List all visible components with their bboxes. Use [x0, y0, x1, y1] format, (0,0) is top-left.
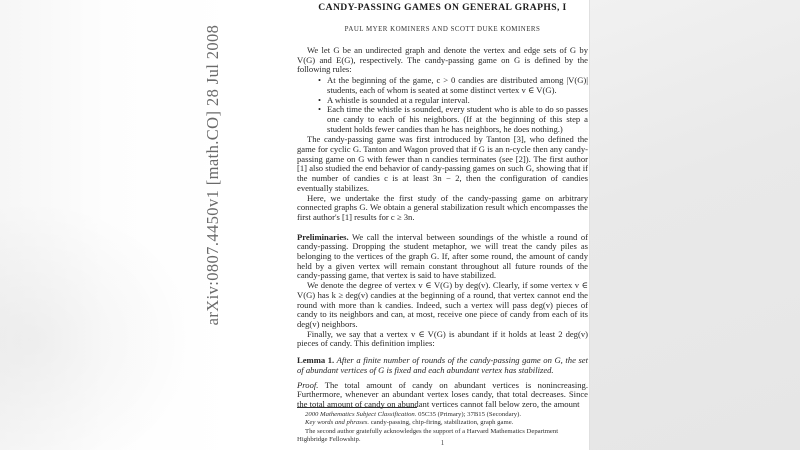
footnote-msc: 2000 Mathematics Subject Classification.… [297, 411, 588, 419]
preliminaries-label: Preliminaries. [297, 232, 349, 242]
footnote-msc-label: 2000 Mathematics Subject Classification. [305, 411, 416, 418]
footnote-keywords-text: candy-passing, chip-firing, stabilizatio… [371, 419, 514, 426]
paper-content-column: CANDY-PASSING GAMES ON GENERAL GRAPHS, I… [297, 0, 588, 450]
proof-label: Proof. [297, 380, 318, 390]
preliminaries-paragraph: Preliminaries. We call the interval betw… [297, 233, 588, 282]
arxiv-stamp-text: arXiv:0807.4450v1 [math.CO] 28 Jul 2008 [203, 25, 223, 326]
degree-paragraph: We denote the degree of vertex v ∈ V(G) … [297, 281, 588, 330]
contribution-paragraph: Here, we undertake the first study of th… [297, 194, 588, 223]
rule-item-distribution: At the beginning of the game, c > 0 cand… [327, 76, 588, 95]
footnote-msc-text: 05C35 (Primary); 37B15 (Secondary). [418, 411, 521, 418]
game-rules-list: At the beginning of the game, c > 0 cand… [297, 76, 588, 134]
paper-screenshot: { "stamp": { "text": "arXiv:0807.4450v1 … [0, 0, 800, 450]
paper-title: CANDY-PASSING GAMES ON GENERAL GRAPHS, I [297, 2, 588, 13]
history-paragraph: The candy-passing game was first introdu… [297, 135, 588, 193]
lemma-1: Lemma 1. After a finite number of rounds… [297, 356, 588, 375]
viewer-background-gutter [589, 0, 800, 450]
footnote-rule [297, 407, 417, 408]
proof-text: The total amount of candy on abundant ve… [297, 380, 588, 409]
paper-body: We let G be an undirected graph and deno… [297, 46, 588, 410]
proof-paragraph: Proof. The total amount of candy on abun… [297, 381, 588, 410]
rule-item-passing: Each time the whistle is sounded, every … [327, 105, 588, 134]
footnote-keywords: Key words and phrases. candy-passing, ch… [297, 419, 588, 427]
arxiv-stamp: arXiv:0807.4450v1 [math.CO] 28 Jul 2008 [196, 30, 230, 320]
footnote-keywords-label: Key words and phrases. [305, 419, 369, 426]
paper-page: arXiv:0807.4450v1 [math.CO] 28 Jul 2008 … [0, 0, 589, 450]
lemma-1-statement: After a finite number of rounds of the c… [297, 355, 588, 375]
intro-paragraph: We let G be an undirected graph and deno… [297, 46, 588, 75]
paper-authors: PAUL MYER KOMINERS AND SCOTT DUKE KOMINE… [297, 26, 588, 33]
lemma-1-label: Lemma 1. [297, 355, 334, 365]
abundant-definition-paragraph: Finally, we say that a vertex v ∈ V(G) i… [297, 330, 588, 349]
page-number: 1 [297, 439, 588, 447]
